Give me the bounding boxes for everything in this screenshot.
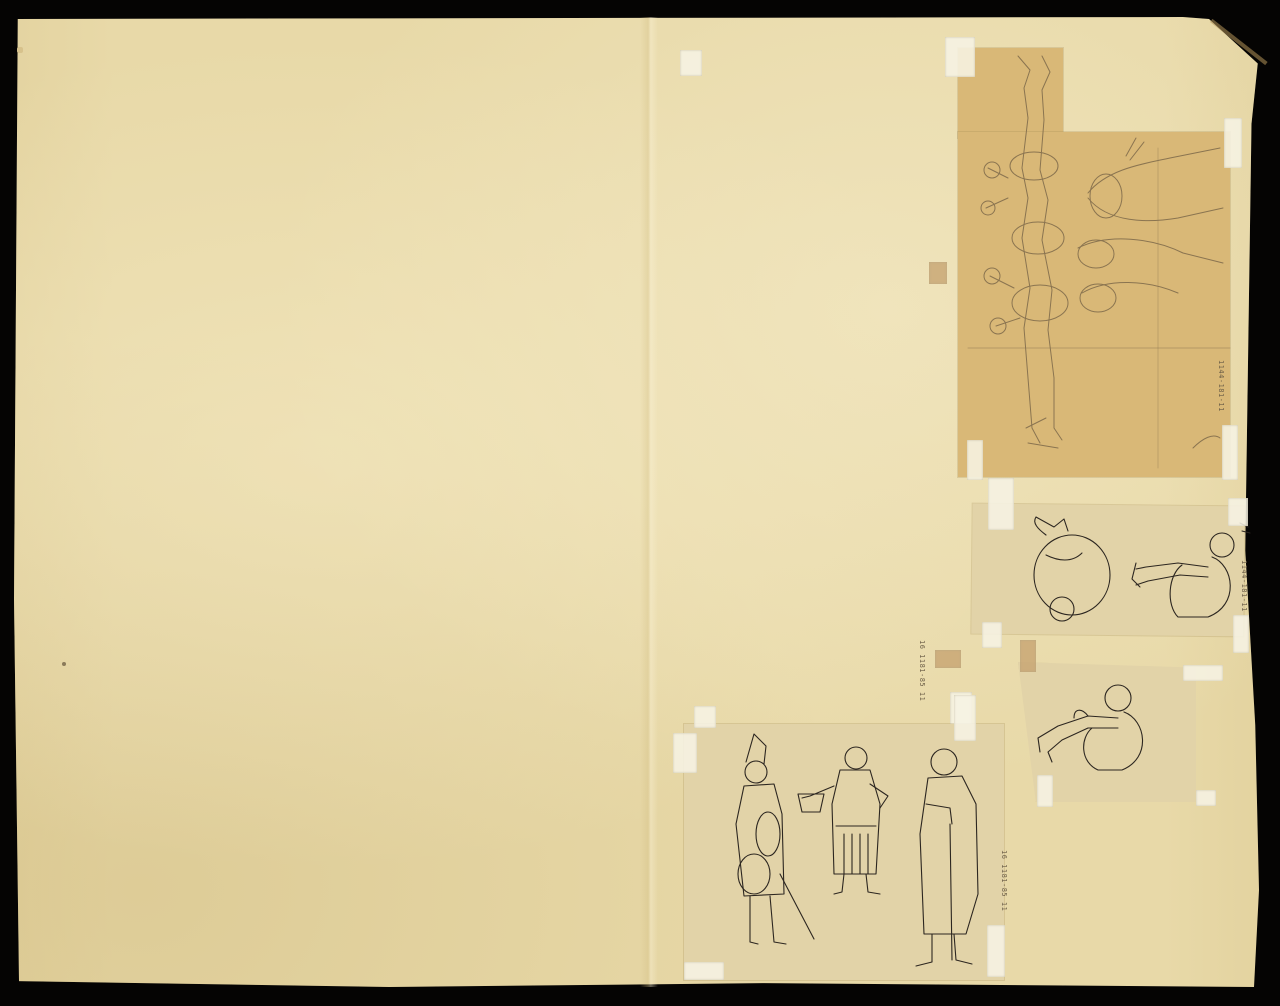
tape-strip: [988, 478, 1014, 530]
tape-strip: [987, 925, 1005, 977]
center-fold-crease: [640, 17, 658, 987]
tape-strip: [680, 50, 702, 76]
marginal-catalogue-note: 16 1181-85 11: [918, 640, 926, 701]
pin-mark: [17, 47, 23, 53]
tape-strip: [967, 440, 983, 480]
tape-strip: [1020, 640, 1036, 672]
tape-strip: [694, 706, 716, 728]
tape-strip: [982, 622, 1002, 648]
tape-strip: [945, 37, 975, 77]
tape-strip: [1196, 790, 1216, 806]
tape-strip: [1224, 118, 1242, 168]
tape-strip: [673, 733, 697, 773]
tape-strip: [1183, 665, 1223, 681]
speck: [62, 662, 66, 666]
tape-strip: [1222, 425, 1238, 480]
three-men-drawing: [684, 724, 1004, 980]
tape-strip: [1228, 498, 1248, 526]
tape-strip: [684, 962, 724, 980]
tape-stain: [929, 262, 947, 284]
tape-strip: [1037, 775, 1053, 807]
tape-strip: [954, 695, 976, 741]
marginal-catalogue-note: 1144-181-11: [1217, 360, 1225, 412]
marginal-catalogue-note: 16 1181-85 11: [1000, 850, 1008, 911]
artwork-scan: 1144-181-11 1144-181-11: [0, 0, 1280, 1006]
acrobats-drawing: [958, 48, 1230, 478]
tape-strip: [1233, 615, 1249, 653]
marginal-catalogue-note: 1144-181-11: [1240, 560, 1248, 612]
tape-stain: [935, 650, 961, 668]
